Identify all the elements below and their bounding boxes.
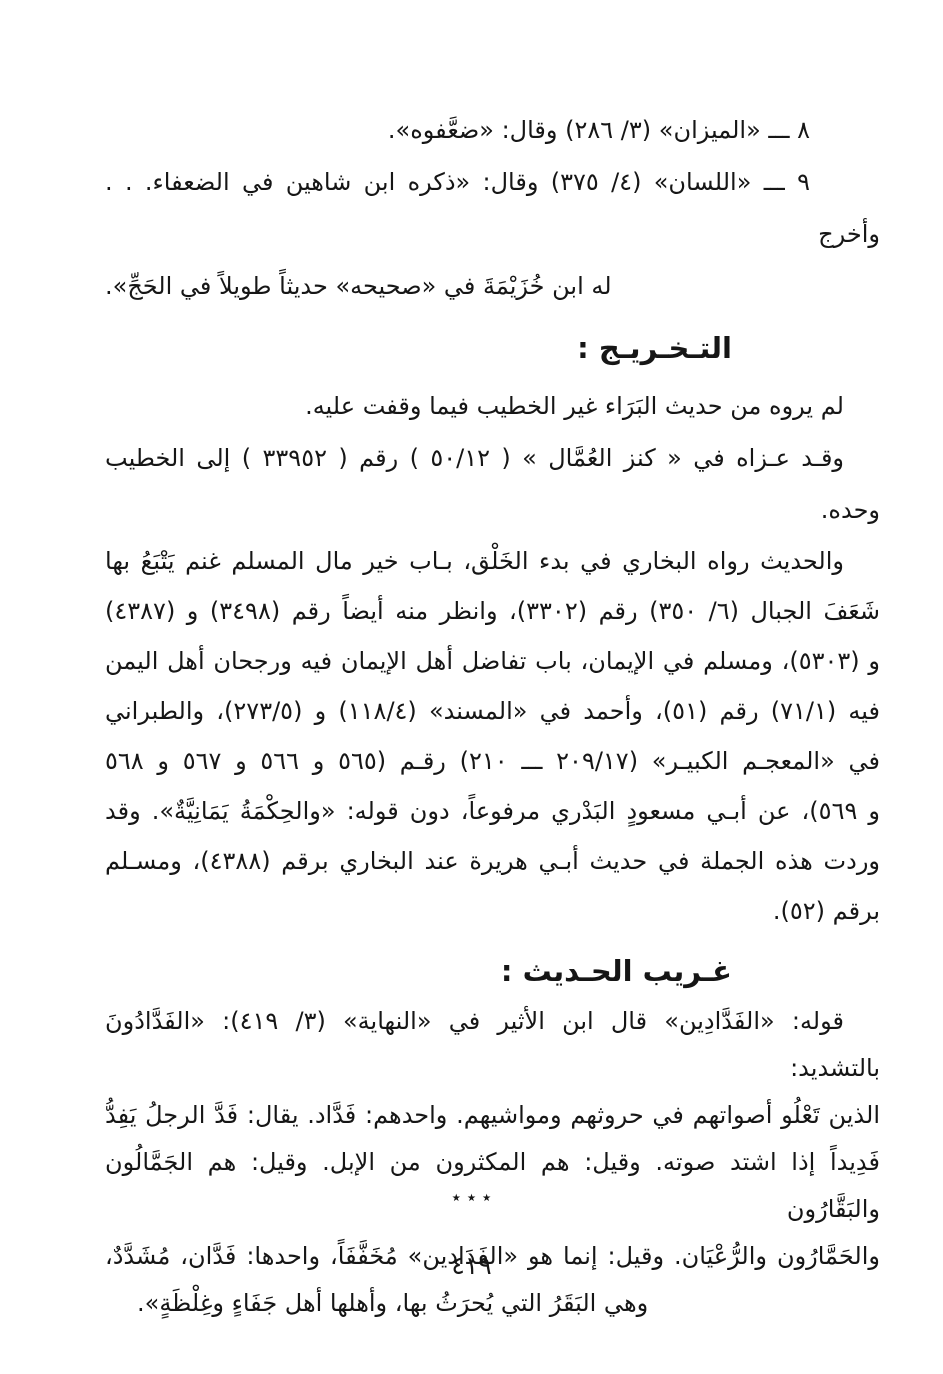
takhrij-paragraph-3-line-3: و (٥٣٠٣)، ومسلم في الإيمان، باب تفاضل أه… xyxy=(105,636,880,686)
ghareeb-line-1: قوله: «الفَدَّادِين» قال ابن الأثير في «… xyxy=(105,998,880,1092)
takhrij-paragraph-2-line-1: وقـد عـزاه في « كنز العُمَّال » ( ٥٠/١٢ … xyxy=(105,432,880,484)
ghareeb-line-5: وهي البَقَرُ التي يُحرَثُ بها، وأهلها أه… xyxy=(105,1280,880,1327)
takhrij-paragraph-3-line-7: وردت هذه الجملة في حديث أبـي هريرة عند ا… xyxy=(105,836,880,886)
ghareeb-line-2: الذين تَعْلُو أصواتهم في حروثهم ومواشيهم… xyxy=(105,1092,880,1139)
takhrij-paragraph-3-line-1: والحديث رواه البخاري في بدء الخَلْق، بـا… xyxy=(105,536,880,586)
takhrij-paragraph-3-line-6: و ٥٦٩)، عن أبـي مسعودٍ البَدْري مرفوعاً،… xyxy=(105,786,880,836)
takhrij-paragraph-3-line-5: في «المعجـم الكبيـر» (٢٠٩/١٧ ـــ ٢١٠) رق… xyxy=(105,736,880,786)
takhrij-paragraph-1: لم يروه من حديث البَرَاء غير الخطيب فيما… xyxy=(105,380,880,432)
book-page: ٨ ـــ «الميزان» (٣/ ٢٨٦) وقال: «ضعَّفوه»… xyxy=(0,0,943,1374)
takhrij-paragraph-2-line-2: وحده. xyxy=(105,484,880,536)
biblio-entry-9-line-2: له ابن خُزَيْمَةَ في «صحيحه» حديثاً طويل… xyxy=(105,260,880,312)
takhrij-paragraph-3-line-2: شَعَفَ الجبال (٦/ ٣٥٠) رقم (٣٣٠٢)، وانظر… xyxy=(105,586,880,636)
separator-stars: ٭ ٭ ٭ xyxy=(0,1186,943,1210)
page-number: ٤١٩ xyxy=(0,1250,943,1282)
section-heading-takhrij: التـخـريـج : xyxy=(105,328,880,368)
text-block: ٨ ـــ «الميزان» (٣/ ٢٨٦) وقال: «ضعَّفوه»… xyxy=(105,0,880,1327)
biblio-entry-9-line-1: ٩ ـــ «اللسان» (٤/ ٣٧٥) وقال: «ذكره ابن … xyxy=(105,156,880,260)
takhrij-paragraph-3-line-4: فيه (٧١/١) رقم (٥١)، وأحمد في «المسند» (… xyxy=(105,686,880,736)
biblio-entry-8: ٨ ـــ «الميزان» (٣/ ٢٨٦) وقال: «ضعَّفوه»… xyxy=(105,104,880,156)
takhrij-paragraph-3-line-8: برقم (٥٢). xyxy=(105,886,880,936)
section-heading-ghareeb: غـريب الحـديث : xyxy=(105,951,880,991)
